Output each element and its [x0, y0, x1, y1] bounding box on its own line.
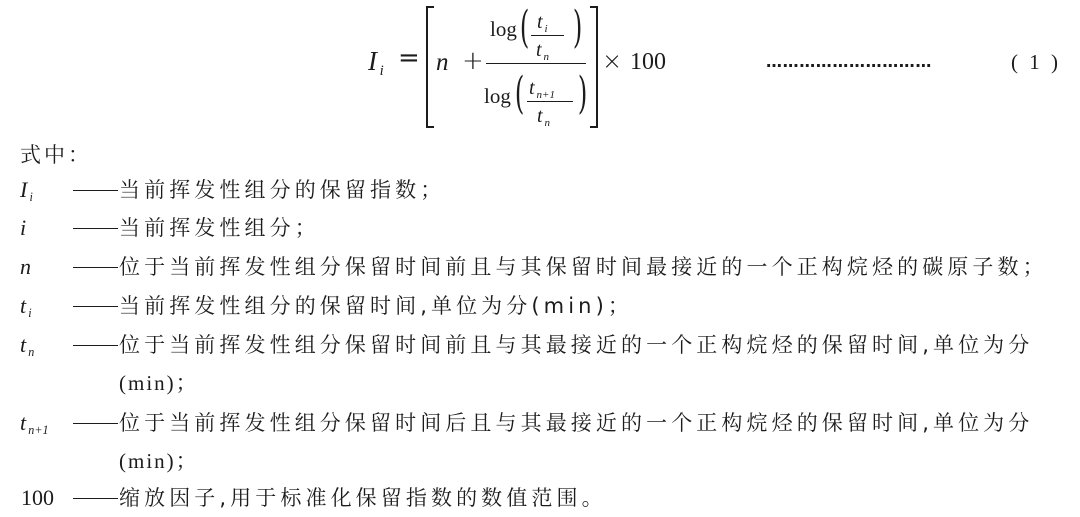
numerator-frac-bottom: tn — [536, 38, 549, 65]
em-dash — [73, 423, 118, 424]
definition-symbol: tn+1 — [20, 406, 49, 443]
multiplier-value: 100 — [630, 46, 666, 78]
symbol-base: t — [20, 410, 26, 435]
definition-symbol: i — [20, 211, 26, 245]
em-dash — [73, 306, 118, 307]
symbol-base: I — [20, 177, 27, 202]
definition-row-100: 100 缩放因子,用于标准化保留指数的数值范围。 — [0, 481, 1080, 517]
denominator-left-paren: ( — [515, 72, 524, 116]
t-symbol: t — [529, 77, 535, 99]
lhs-subscript: i — [380, 63, 384, 79]
where-label: 式中： — [20, 140, 92, 170]
symbol-subscript: i — [28, 306, 31, 320]
symbol-subscript: n — [28, 345, 34, 359]
definition-row-tn: tn 位于当前挥发性组分保留时间前且与其最接近的一个正构烷烃的保留时间,单位为分… — [0, 328, 1080, 404]
definition-row-Ii: Ii 当前挥发性组分的保留指数； — [0, 173, 1080, 209]
denominator-frac-bottom: tn — [537, 104, 550, 131]
t-symbol: t — [537, 105, 543, 127]
subscript-n: n — [545, 117, 551, 129]
times-sign: × — [602, 45, 622, 77]
equals-sign: = — [398, 41, 420, 75]
definition-continuation: (min)； — [119, 444, 199, 478]
definition-text: 位于当前挥发性组分保留时间前且与其保留时间最接近的一个正构烷烃的碳原子数； — [119, 250, 1048, 284]
denominator-right-paren: ) — [578, 72, 587, 116]
lhs-symbol: I — [368, 46, 377, 76]
definition-row-ti: ti 当前挥发性组分的保留时间,单位为分(min)； — [0, 289, 1080, 325]
denominator-frac-top: tn+1 — [529, 76, 555, 103]
definition-text: 位于当前挥发性组分保留时间前且与其最接近的一个正构烷烃的保留时间,单位为分 — [119, 328, 1033, 362]
definition-row-tn1: tn+1 位于当前挥发性组分保留时间后且与其最接近的一个正构烷烃的保留时间,单位… — [0, 406, 1080, 482]
definition-symbol: n — [20, 250, 31, 284]
plus-sign: + — [462, 44, 484, 78]
em-dash — [73, 190, 118, 191]
definition-text: 当前挥发性组分； — [119, 211, 320, 245]
subscript-n: n — [544, 51, 550, 63]
definition-row-n: n 位于当前挥发性组分保留时间前且与其保留时间最接近的一个正构烷烃的碳原子数； — [0, 250, 1080, 286]
definition-symbol: 100 — [21, 481, 54, 515]
t-symbol: t — [537, 11, 543, 33]
equation-number: ( 1 ) — [1011, 48, 1058, 76]
em-dash — [73, 345, 118, 346]
denominator-log: log — [484, 83, 511, 109]
formula-lhs: Ii — [368, 44, 384, 83]
symbol-base: t — [20, 293, 26, 318]
definition-symbol: ti — [20, 289, 32, 326]
numerator-log: log — [490, 16, 517, 42]
right-bracket — [590, 6, 598, 128]
em-dash — [73, 498, 118, 499]
symbol-base: n — [20, 254, 31, 279]
definition-continuation: (min)； — [119, 366, 199, 400]
subscript-n-plus-1: n+1 — [537, 89, 555, 101]
denominator-inner-fraction-bar — [527, 101, 573, 102]
retention-index-formula: Ii = n + log ( ti tn ) log ( tn+1 tn ) ×… — [0, 0, 1080, 132]
definition-text: 缩放因子,用于标准化保留指数的数值范围。 — [119, 481, 607, 515]
symbol-subscript: i — [30, 190, 33, 204]
numerator-frac-top: ti — [537, 10, 548, 37]
subscript-i: i — [545, 23, 548, 35]
leader-dots: ………………………… — [766, 52, 932, 72]
left-bracket — [426, 6, 434, 128]
numerator-inner-fraction-bar — [531, 35, 564, 36]
symbol-base: i — [20, 215, 26, 240]
numerator-right-paren: ) — [573, 6, 582, 50]
em-dash — [73, 228, 118, 229]
symbol-base: t — [20, 332, 26, 357]
definition-text: 当前挥发性组分的保留指数； — [119, 173, 445, 207]
definition-symbol: Ii — [20, 173, 33, 210]
definition-text: 位于当前挥发性组分保留时间后且与其最接近的一个正构烷烃的保留时间,单位为分 — [119, 406, 1033, 440]
em-dash — [73, 267, 118, 268]
definition-row-i: i 当前挥发性组分； — [0, 211, 1080, 247]
definition-symbol: tn — [20, 328, 34, 365]
t-symbol: t — [536, 39, 542, 61]
n-variable: n — [436, 48, 449, 78]
main-fraction-bar — [486, 63, 586, 64]
symbol-subscript: n+1 — [28, 423, 48, 437]
numerator-left-paren: ( — [520, 6, 529, 50]
definition-text: 当前挥发性组分的保留时间,单位为分(min)； — [119, 289, 633, 323]
